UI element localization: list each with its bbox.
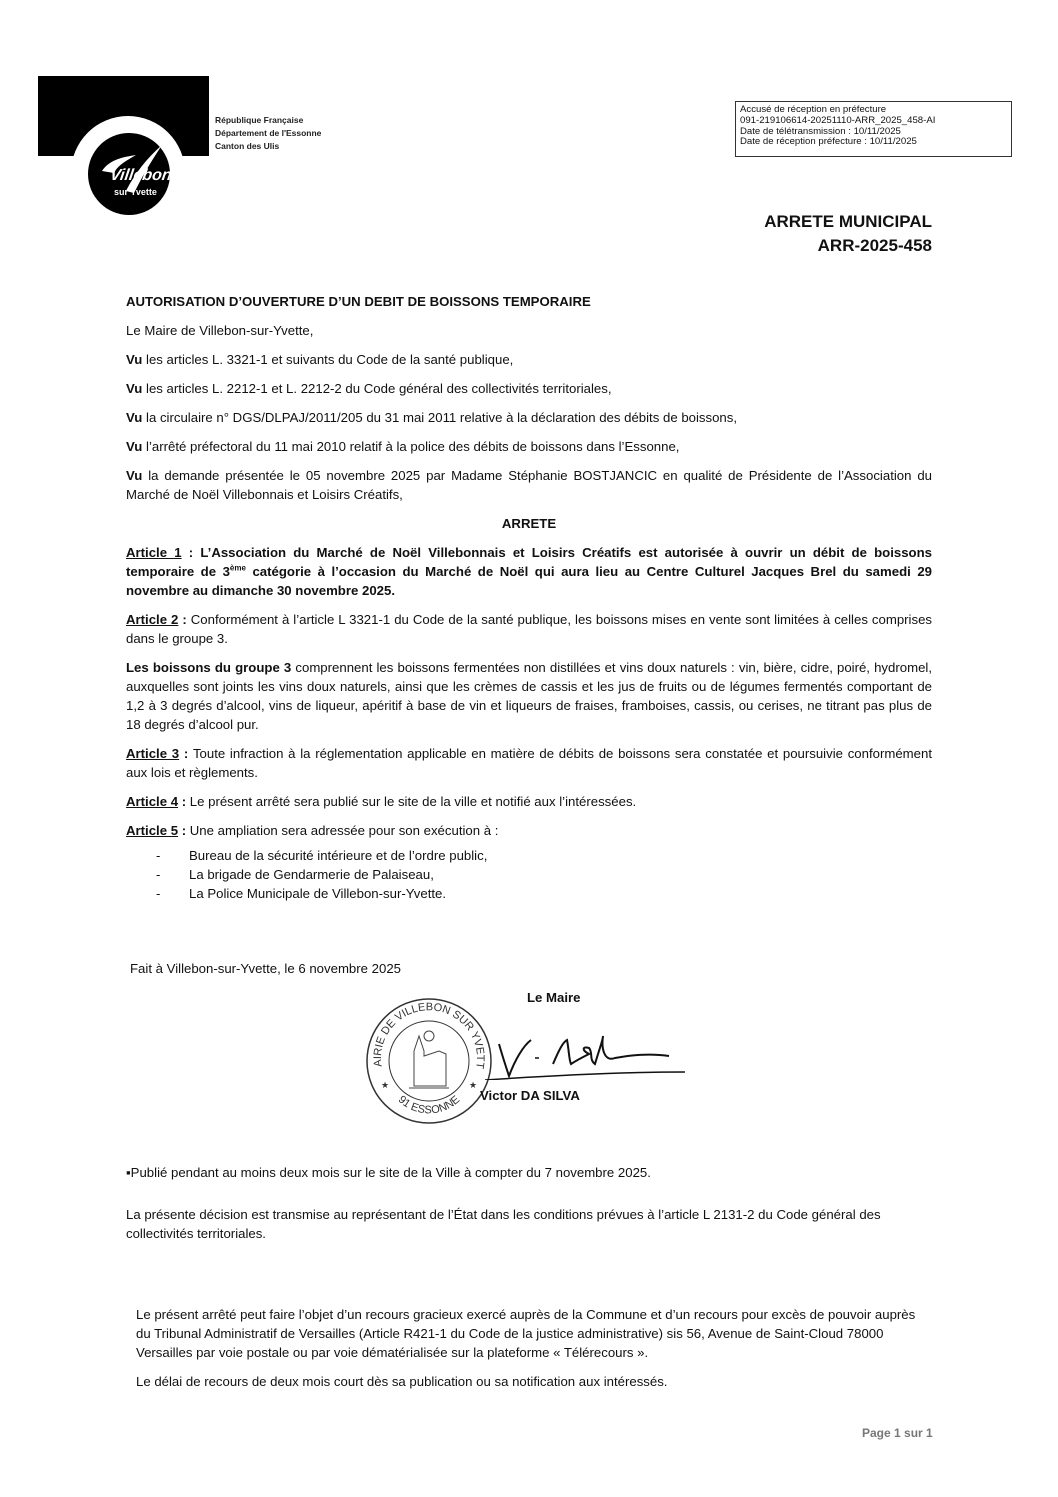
publication-notice: ▪Publié pendant au moins deux mois sur l… — [126, 1165, 651, 1180]
logo-text: Villebon — [109, 167, 170, 185]
header-line: République Française — [215, 114, 321, 127]
article-1: Article 1 : L’Association du Marché de N… — [126, 543, 932, 600]
article-label: Article 3 — [126, 746, 179, 761]
place-and-date: Fait à Villebon-sur-Yvette, le 6 novembr… — [130, 961, 401, 976]
groupe-3-label: Les boissons du groupe 3 — [126, 660, 291, 675]
header-line: Canton des Ulis — [215, 140, 321, 153]
document-body: AUTORISATION D’OUVERTURE D’UN DEBIT DE B… — [126, 292, 932, 903]
article-text: Une ampliation sera adressée pour son ex… — [190, 823, 499, 838]
article-label: Article 5 — [126, 823, 178, 838]
arrete-heading: ARRETE — [126, 514, 932, 533]
stamp-line: 091-219106614-20251110-ARR_2025_458-AI — [740, 116, 1007, 127]
administrative-header: République Française Département de l'Es… — [215, 114, 321, 153]
vu-word: Vu — [126, 410, 142, 425]
recipient-item: La Police Municipale de Villebon-sur-Yve… — [156, 884, 932, 903]
vu-clause: Vu la demande présentée le 05 novembre 2… — [126, 466, 932, 504]
transmission-notice: La présente décision est transmise au re… — [126, 1205, 932, 1243]
article-text: Le présent arrêté sera publié sur le sit… — [190, 794, 636, 809]
svg-text:★: ★ — [381, 1080, 389, 1090]
recipient-list: Bureau de la sécurité intérieure et de l… — [126, 846, 932, 903]
document-title: ARRETE MUNICIPAL ARR-2025-458 — [764, 210, 932, 258]
prefecture-receipt-stamp: Accusé de réception en préfecture 091-21… — [735, 101, 1012, 157]
document-reference: ARR-2025-458 — [764, 234, 932, 258]
article-text: catégorie à l’occasion du Marché de Noël… — [126, 564, 932, 598]
svg-text:★: ★ — [469, 1080, 477, 1090]
vu-text: les articles L. 2212-1 et L. 2212-2 du C… — [142, 381, 611, 396]
vu-word: Vu — [126, 468, 142, 483]
vu-clause: Vu l’arrêté préfectoral du 11 mai 2010 r… — [126, 437, 932, 456]
recipient-item: Bureau de la sécurité intérieure et de l… — [156, 846, 932, 865]
vu-text: les articles L. 3321-1 et suivants du Co… — [142, 352, 513, 367]
superscript: ème — [230, 564, 246, 573]
signatory-role: Le Maire — [527, 990, 581, 1005]
svg-text:91 ESSONNE: 91 ESSONNE — [396, 1094, 462, 1117]
subject: AUTORISATION D’OUVERTURE D’UN DEBIT DE B… — [126, 292, 932, 311]
page-number: Page 1 sur 1 — [862, 1426, 933, 1440]
vu-text: la demande présentée le 05 novembre 2025… — [126, 468, 932, 502]
separator: : — [179, 746, 193, 761]
article-text: Toute infraction à la réglementation app… — [126, 746, 932, 780]
vu-word: Vu — [126, 352, 142, 367]
article-3: Article 3 : Toute infraction à la réglem… — [126, 744, 932, 782]
town-hall-seal-icon: MAIRIE DE VILLEBON SUR YVETTE 91 ESSONNE… — [364, 996, 494, 1126]
article-4: Article 4 : Le présent arrêté sera publi… — [126, 792, 932, 811]
separator: : — [178, 823, 190, 838]
title-line: ARRETE MUNICIPAL — [764, 210, 932, 234]
article-2: Article 2 : Conformément à l’article L 3… — [126, 610, 932, 648]
header-line: Département de l'Essonne — [215, 127, 321, 140]
vu-text: l’arrêté préfectoral du 11 mai 2010 rela… — [142, 439, 679, 454]
vu-text: la circulaire n° DGS/DLPAJ/2011/205 du 3… — [142, 410, 737, 425]
article-label: Article 2 — [126, 612, 178, 627]
article-text: Conformément à l’article L 3321-1 du Cod… — [126, 612, 932, 646]
article-5: Article 5 : Une ampliation sera adressée… — [126, 821, 932, 840]
vu-clause: Vu la circulaire n° DGS/DLPAJ/2011/205 d… — [126, 408, 932, 427]
article-label: Article 1 — [126, 545, 182, 560]
mayor-signature — [485, 1020, 685, 1080]
vu-clause: Vu les articles L. 3321-1 et suivants du… — [126, 350, 932, 369]
appeal-notice: Le présent arrêté peut faire l’objet d’u… — [136, 1305, 932, 1401]
villebon-logo: Villebon sur Yvette — [88, 133, 170, 215]
groupe-3-definition: Les boissons du groupe 3 comprennent les… — [126, 658, 932, 734]
appeal-paragraph: Le présent arrêté peut faire l’objet d’u… — [136, 1305, 932, 1362]
appeal-paragraph: Le délai de recours de deux mois court d… — [136, 1372, 932, 1391]
signatory-name: Victor DA SILVA — [480, 1088, 580, 1103]
vu-word: Vu — [126, 439, 142, 454]
separator: : — [182, 545, 201, 560]
stamp-line: Date de réception préfecture : 10/11/202… — [740, 137, 1007, 148]
vu-word: Vu — [126, 381, 142, 396]
intro: Le Maire de Villebon-sur-Yvette, — [126, 321, 932, 340]
recipient-item: La brigade de Gendarmerie de Palaiseau, — [156, 865, 932, 884]
article-label: Article 4 — [126, 794, 178, 809]
separator: : — [178, 612, 190, 627]
logo-subtext: sur Yvette — [114, 187, 157, 197]
vu-clause: Vu les articles L. 2212-1 et L. 2212-2 d… — [126, 379, 932, 398]
separator: : — [178, 794, 190, 809]
